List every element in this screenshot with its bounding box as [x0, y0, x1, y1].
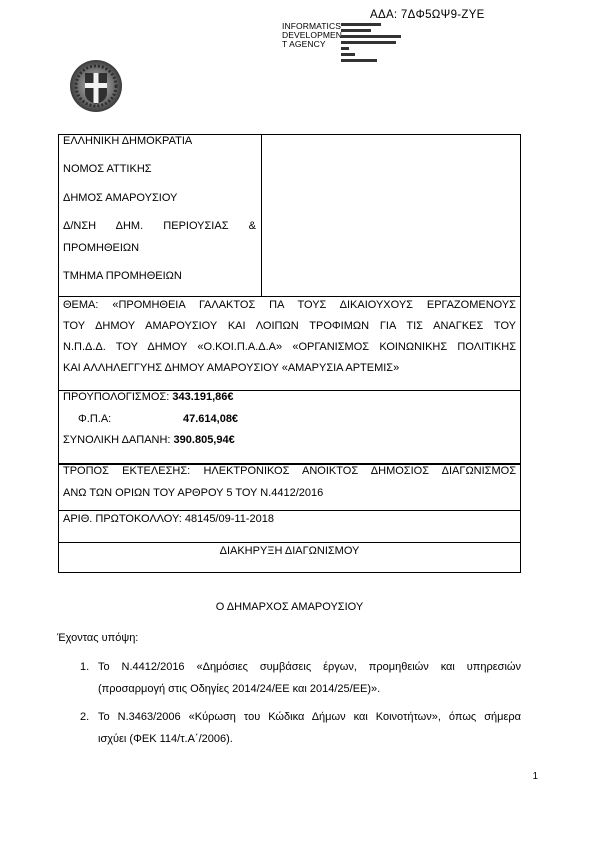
intro-text: Έχοντας υπόψη:: [57, 632, 138, 645]
list-item-text: Το Ν.4412/2016 «Δημόσιες συμβάσεις έργων…: [98, 661, 521, 674]
protocol-number: ΑΡΙΘ. ΠΡΩΤΟΚΟΛΛΟΥ: 48145/09-11-2018: [63, 513, 274, 526]
subject-line: ΘΕΜΑ: «ΠΡΟΜΗΘΕΙΑ ΓΑΛΑΚΤΟΣ ΠΑ ΤΟΥΣ ΔΙΚΑΙΟ…: [63, 299, 516, 312]
list-item-number: 1.: [80, 661, 89, 674]
procedure-line: ΑΝΩ ΤΩΝ ΟΡΙΩΝ ΤΟΥ ΑΡΘΡΟΥ 5 ΤΟΥ Ν.4412/20…: [63, 487, 323, 500]
ada-code: ΑΔΑ: 7ΔΦ5ΩΨ9-ΖΥΕ: [370, 9, 485, 21]
list-item-number: 2.: [80, 711, 89, 724]
mayor-heading: Ο ΔΗΜΑΡΧΟΣ ΑΜΑΡΟΥΣΙΟΥ: [58, 601, 521, 614]
list-item-text: (προσαρμογή στις Οδηγίες 2014/24/ΕΕ και …: [98, 683, 380, 696]
document-type: ΔΙΑΚΗΡΥΞΗ ΔΙΑΓΩΝΙΣΜΟΥ: [58, 545, 521, 558]
agency-logo-text: INFORMATICS DEVELOPMEN T AGENCY: [282, 22, 340, 49]
issuer-line: ΠΡΟΜΗΘΕΙΩΝ: [63, 242, 139, 255]
procedure-line: ΤΡΟΠΟΣ ΕΚΤΕΛΕΣΗΣ: ΗΛΕΚΤΡΟΝΙΚΟΣ ΑΝΟΙΚΤΟΣ …: [63, 465, 516, 478]
issuer-line: ΤΜΗΜΑ ΠΡΟΜΗΘΕΙΩΝ: [63, 270, 182, 283]
list-item-text: ισχύει (ΦΕΚ 114/τ.Α΄/2006).: [98, 733, 233, 746]
table-divider: [58, 542, 521, 543]
total-row: ΣΥΝΟΛΙΚΗ ΔΑΠΑΝΗ: 390.805,94€: [63, 434, 235, 447]
greek-state-emblem-icon: [68, 58, 124, 114]
list-item-text: Το Ν.3463/2006 «Κύρωση του Κώδικα Δήμων …: [98, 711, 521, 724]
vat-value: 47.614,08€: [183, 413, 238, 426]
issuer-line: ΕΛΛΗΝΙΚΗ ΔΗΜΟΚΡΑΤΙΑ: [63, 135, 192, 148]
total-value: 390.805,94€: [174, 434, 235, 446]
budget-label: ΠΡΟΥΠΟΛΟΓΙΣΜΟΣ:: [63, 391, 169, 403]
budget-value: 343.191,86€: [172, 391, 233, 403]
table-divider: [261, 134, 262, 296]
agency-line: T AGENCY: [282, 40, 340, 49]
issuer-line: ΔΗΜΟΣ ΑΜΑΡΟΥΣΙΟΥ: [63, 192, 177, 205]
table-divider: [58, 510, 521, 511]
issuer-line: Δ/ΝΣΗ ΔΗΜ. ΠΕΡΙΟΥΣΙΑΣ &: [63, 220, 256, 233]
vat-label: Φ.Π.Α:: [78, 413, 111, 426]
subject-line: Ν.Π.Δ.Δ. ΤΟΥ ΔΗΜΟΥ «Ο.ΚΟΙ.Π.Α.Δ.Α» «ΟΡΓΑ…: [63, 341, 516, 354]
page-number: 1: [532, 771, 538, 782]
issuer-line: ΝΟΜΟΣ ΑΤΤΙΚΗΣ: [63, 163, 152, 176]
subject-line: ΤΟΥ ΔΗΜΟΥ ΑΜΑΡΟΥΣΙΟΥ ΚΑΙ ΛΟΙΠΩΝ ΤΡΟΦΙΜΩΝ…: [63, 320, 516, 333]
table-divider: [58, 296, 521, 297]
total-label: ΣΥΝΟΛΙΚΗ ΔΑΠΑΝΗ:: [63, 434, 170, 446]
digital-signature-fine-print: [341, 23, 403, 65]
budget-row: ΠΡΟΥΠΟΛΟΓΙΣΜΟΣ: 343.191,86€: [63, 391, 234, 404]
subject-line: ΚΑΙ ΑΛΛΗΛΕΓΓΥΗΣ ΔΗΜΟΥ ΑΜΑΡΟΥΣΙΟΥ «ΑΜΑΡΥΣ…: [63, 362, 399, 375]
